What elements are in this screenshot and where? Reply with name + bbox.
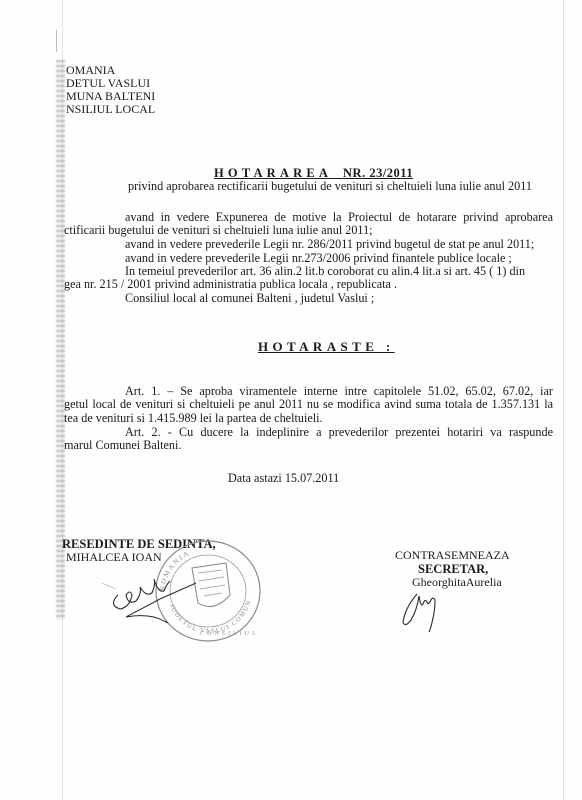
preamble-line: avand in vedere prevederile Legii nr. 28… <box>125 237 534 251</box>
secretary-signature-icon <box>395 588 455 633</box>
secretary-role: SECRETAR, <box>418 562 488 576</box>
preamble-line: avand in vedere prevederile Legii nr.273… <box>125 251 512 265</box>
article-line: Art. 2. - Cu ducere la indeplinire a pre… <box>125 425 553 439</box>
countersign-label: CONTRASEMNEAZA <box>395 548 510 562</box>
preamble-line: Consiliul local al comunei Balteni , jud… <box>125 291 374 305</box>
scan-right-edge <box>563 0 564 800</box>
decision-title-word: HOTARAREA <box>214 166 332 180</box>
scan-binding-smudge <box>56 60 65 620</box>
president-signature-icon <box>100 565 230 625</box>
decision-date: Data astazi 15.07.2011 <box>228 471 339 485</box>
preamble-line: avand in vedere Expunerea de motive la P… <box>125 210 553 224</box>
article-line: tea de venituri si 1.415.989 lei la part… <box>64 411 323 425</box>
preamble-line: gea nr. 215 / 2001 privind administratia… <box>64 277 397 291</box>
scan-mark <box>56 30 57 52</box>
header-line-county: DETUL VASLUI <box>66 76 150 90</box>
preamble-line: ctificarii bugetului de venituri si chel… <box>64 223 373 237</box>
article-line: Art. 1. – Se aproba viramentele interne … <box>125 384 553 398</box>
header-line-council: NSILIUL LOCAL <box>66 102 155 116</box>
header-line-country: OMANIA <box>66 63 115 77</box>
article-line: getul local de venituri si cheltuieli pe… <box>64 397 553 411</box>
scanned-document-page: OMANIA DETUL VASLUI MUNA BALTENI NSILIUL… <box>0 0 582 800</box>
decision-subtitle: privind aprobarea rectificarii bugetului… <box>128 179 532 193</box>
stamp-text-inner: CONSILIUL <box>200 631 259 637</box>
decision-heading: HOTARASTE : <box>258 339 395 355</box>
secretary-name: GheorghitaAurelia <box>412 575 502 589</box>
preamble-line: In temeiul prevederilor art. 36 alin.2 l… <box>125 264 525 278</box>
header-line-commune: MUNA BALTENI <box>66 89 155 103</box>
article-line: marul Comunei Balteni. <box>64 438 181 452</box>
decision-number: NR. 23/2011 <box>343 166 413 180</box>
